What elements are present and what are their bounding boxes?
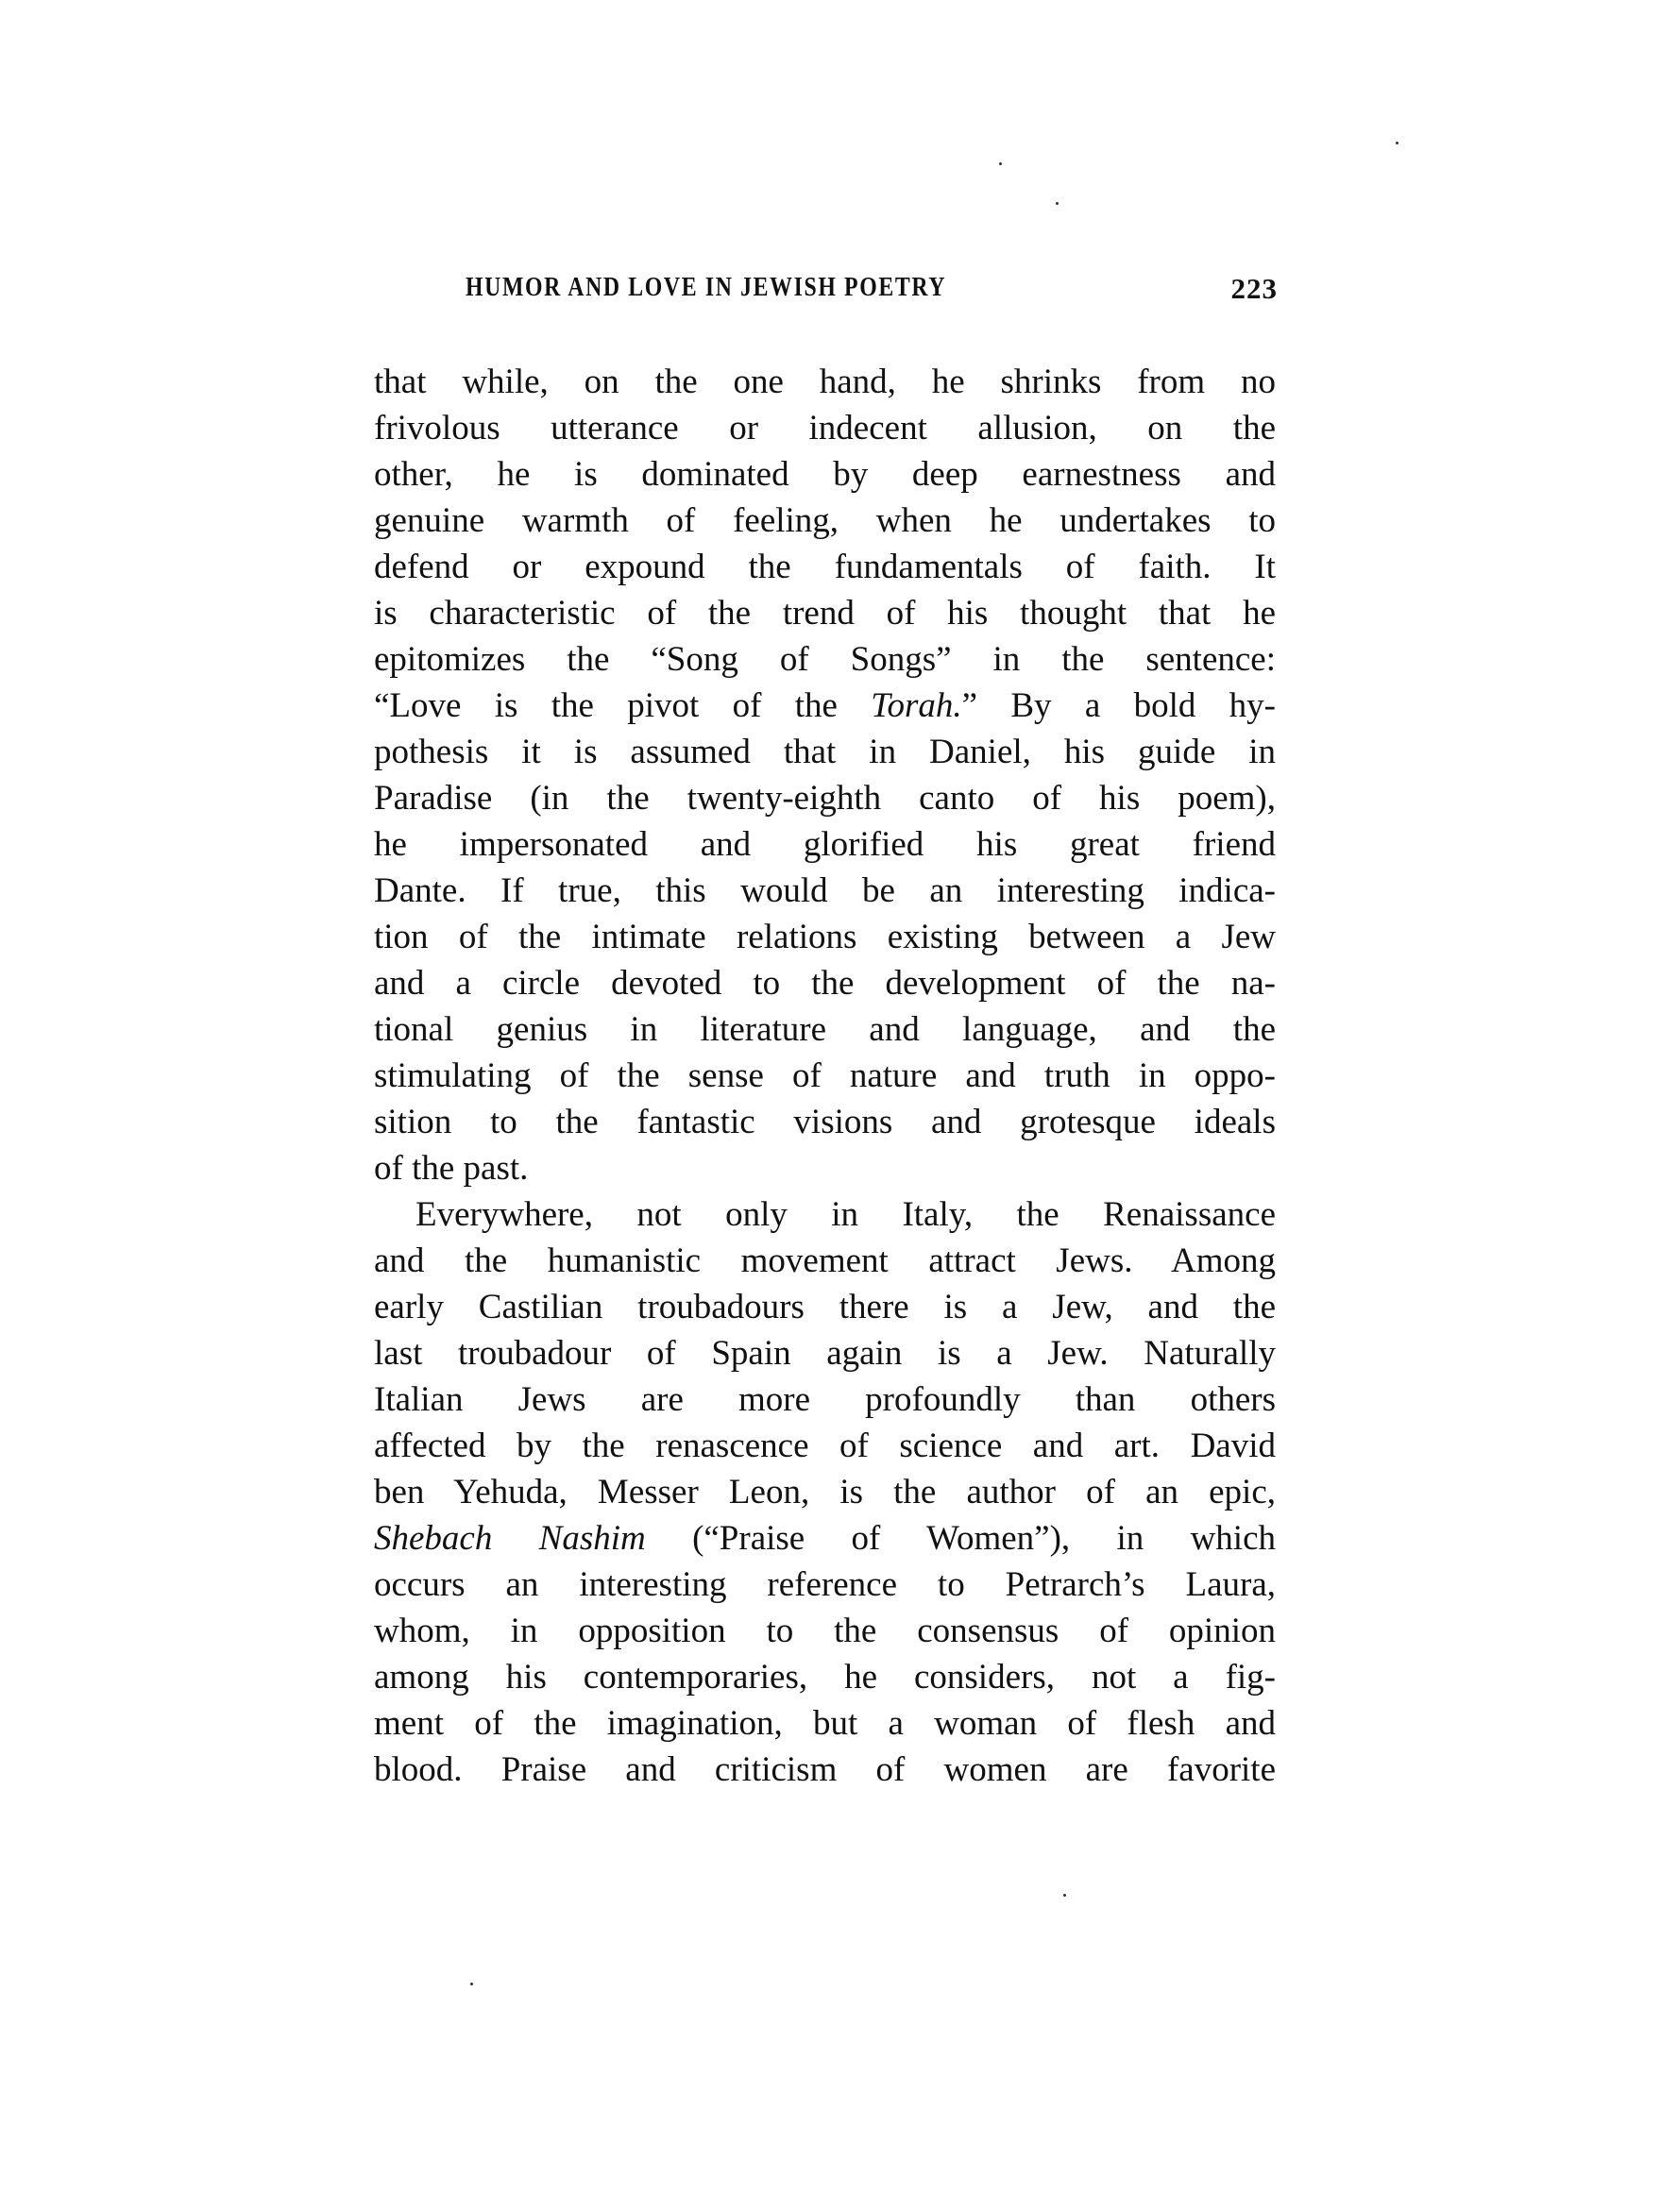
text-line: frivolous utterance or indecent allusion… <box>374 405 1276 451</box>
page-number: 223 <box>1231 272 1279 306</box>
text-line: tional genius in literature and language… <box>374 1006 1276 1053</box>
scan-speck <box>1063 1894 1066 1897</box>
text-line: genuine warmth of feeling, when he under… <box>374 498 1276 544</box>
text-line: affected by the renascence of science an… <box>374 1423 1276 1469</box>
text-line: early Castilian troubadours there is a J… <box>374 1284 1276 1330</box>
text-line: ment of the imagination, but a woman of … <box>374 1700 1276 1747</box>
italic-term: Shebach Nashim <box>374 1519 646 1558</box>
text-line: Shebach Nashim (“Praise of Women”), in w… <box>374 1515 1276 1562</box>
text-line: Italian Jews are more profoundly than ot… <box>374 1376 1276 1423</box>
text-line: Everywhere, not only in Italy, the Renai… <box>374 1191 1276 1238</box>
text-line: of the past. <box>374 1145 1276 1191</box>
running-title: Humor and Love in Jewish Poetry <box>466 272 946 303</box>
text-line: occurs an interesting reference to Petra… <box>374 1562 1276 1608</box>
text-line: Dante. If true, this would be an interes… <box>374 868 1276 914</box>
running-header: Humor and Love in Jewish Poetry 223 <box>466 272 1278 310</box>
text-line: epitomizes the “Song of Songs” in the se… <box>374 636 1276 683</box>
text-line: he impersonated and glorified his great … <box>374 821 1276 868</box>
italic-term: Torah. <box>871 686 961 725</box>
text-line: sition to the fantastic visions and grot… <box>374 1099 1276 1145</box>
scan-speck <box>999 162 1002 165</box>
text-line: Paradise (in the twenty-eighth canto of … <box>374 775 1276 821</box>
scan-speck <box>470 1983 473 1985</box>
text-line: defend or expound the fundamentals of fa… <box>374 544 1276 590</box>
scan-speck <box>1396 142 1398 144</box>
text-line: that while, on the one hand, he shrinks … <box>374 359 1276 405</box>
text-line: blood. Praise and criticism of women are… <box>374 1747 1276 1793</box>
text-line: is characteristic of the trend of his th… <box>374 590 1276 636</box>
text-line: other, he is dominated by deep earnestne… <box>374 451 1276 498</box>
body-text: that while, on the one hand, he shrinks … <box>374 359 1276 1793</box>
text-line: pothesis it is assumed that in Daniel, h… <box>374 729 1276 775</box>
text-line: and the humanistic movement attract Jews… <box>374 1238 1276 1284</box>
text-line: ben Yehuda, Messer Leon, is the author o… <box>374 1469 1276 1515</box>
text-line: and a circle devoted to the development … <box>374 960 1276 1006</box>
scan-speck <box>1056 202 1059 205</box>
text-line: stimulating of the sense of nature and t… <box>374 1053 1276 1099</box>
text-line: last troubadour of Spain again is a Jew.… <box>374 1330 1276 1376</box>
text-line: tion of the intimate relations existing … <box>374 914 1276 960</box>
text-line: among his contemporaries, he considers, … <box>374 1654 1276 1700</box>
text-line: whom, in opposition to the consensus of … <box>374 1608 1276 1654</box>
text-line: “Love is the pivot of the Torah.” By a b… <box>374 683 1276 729</box>
